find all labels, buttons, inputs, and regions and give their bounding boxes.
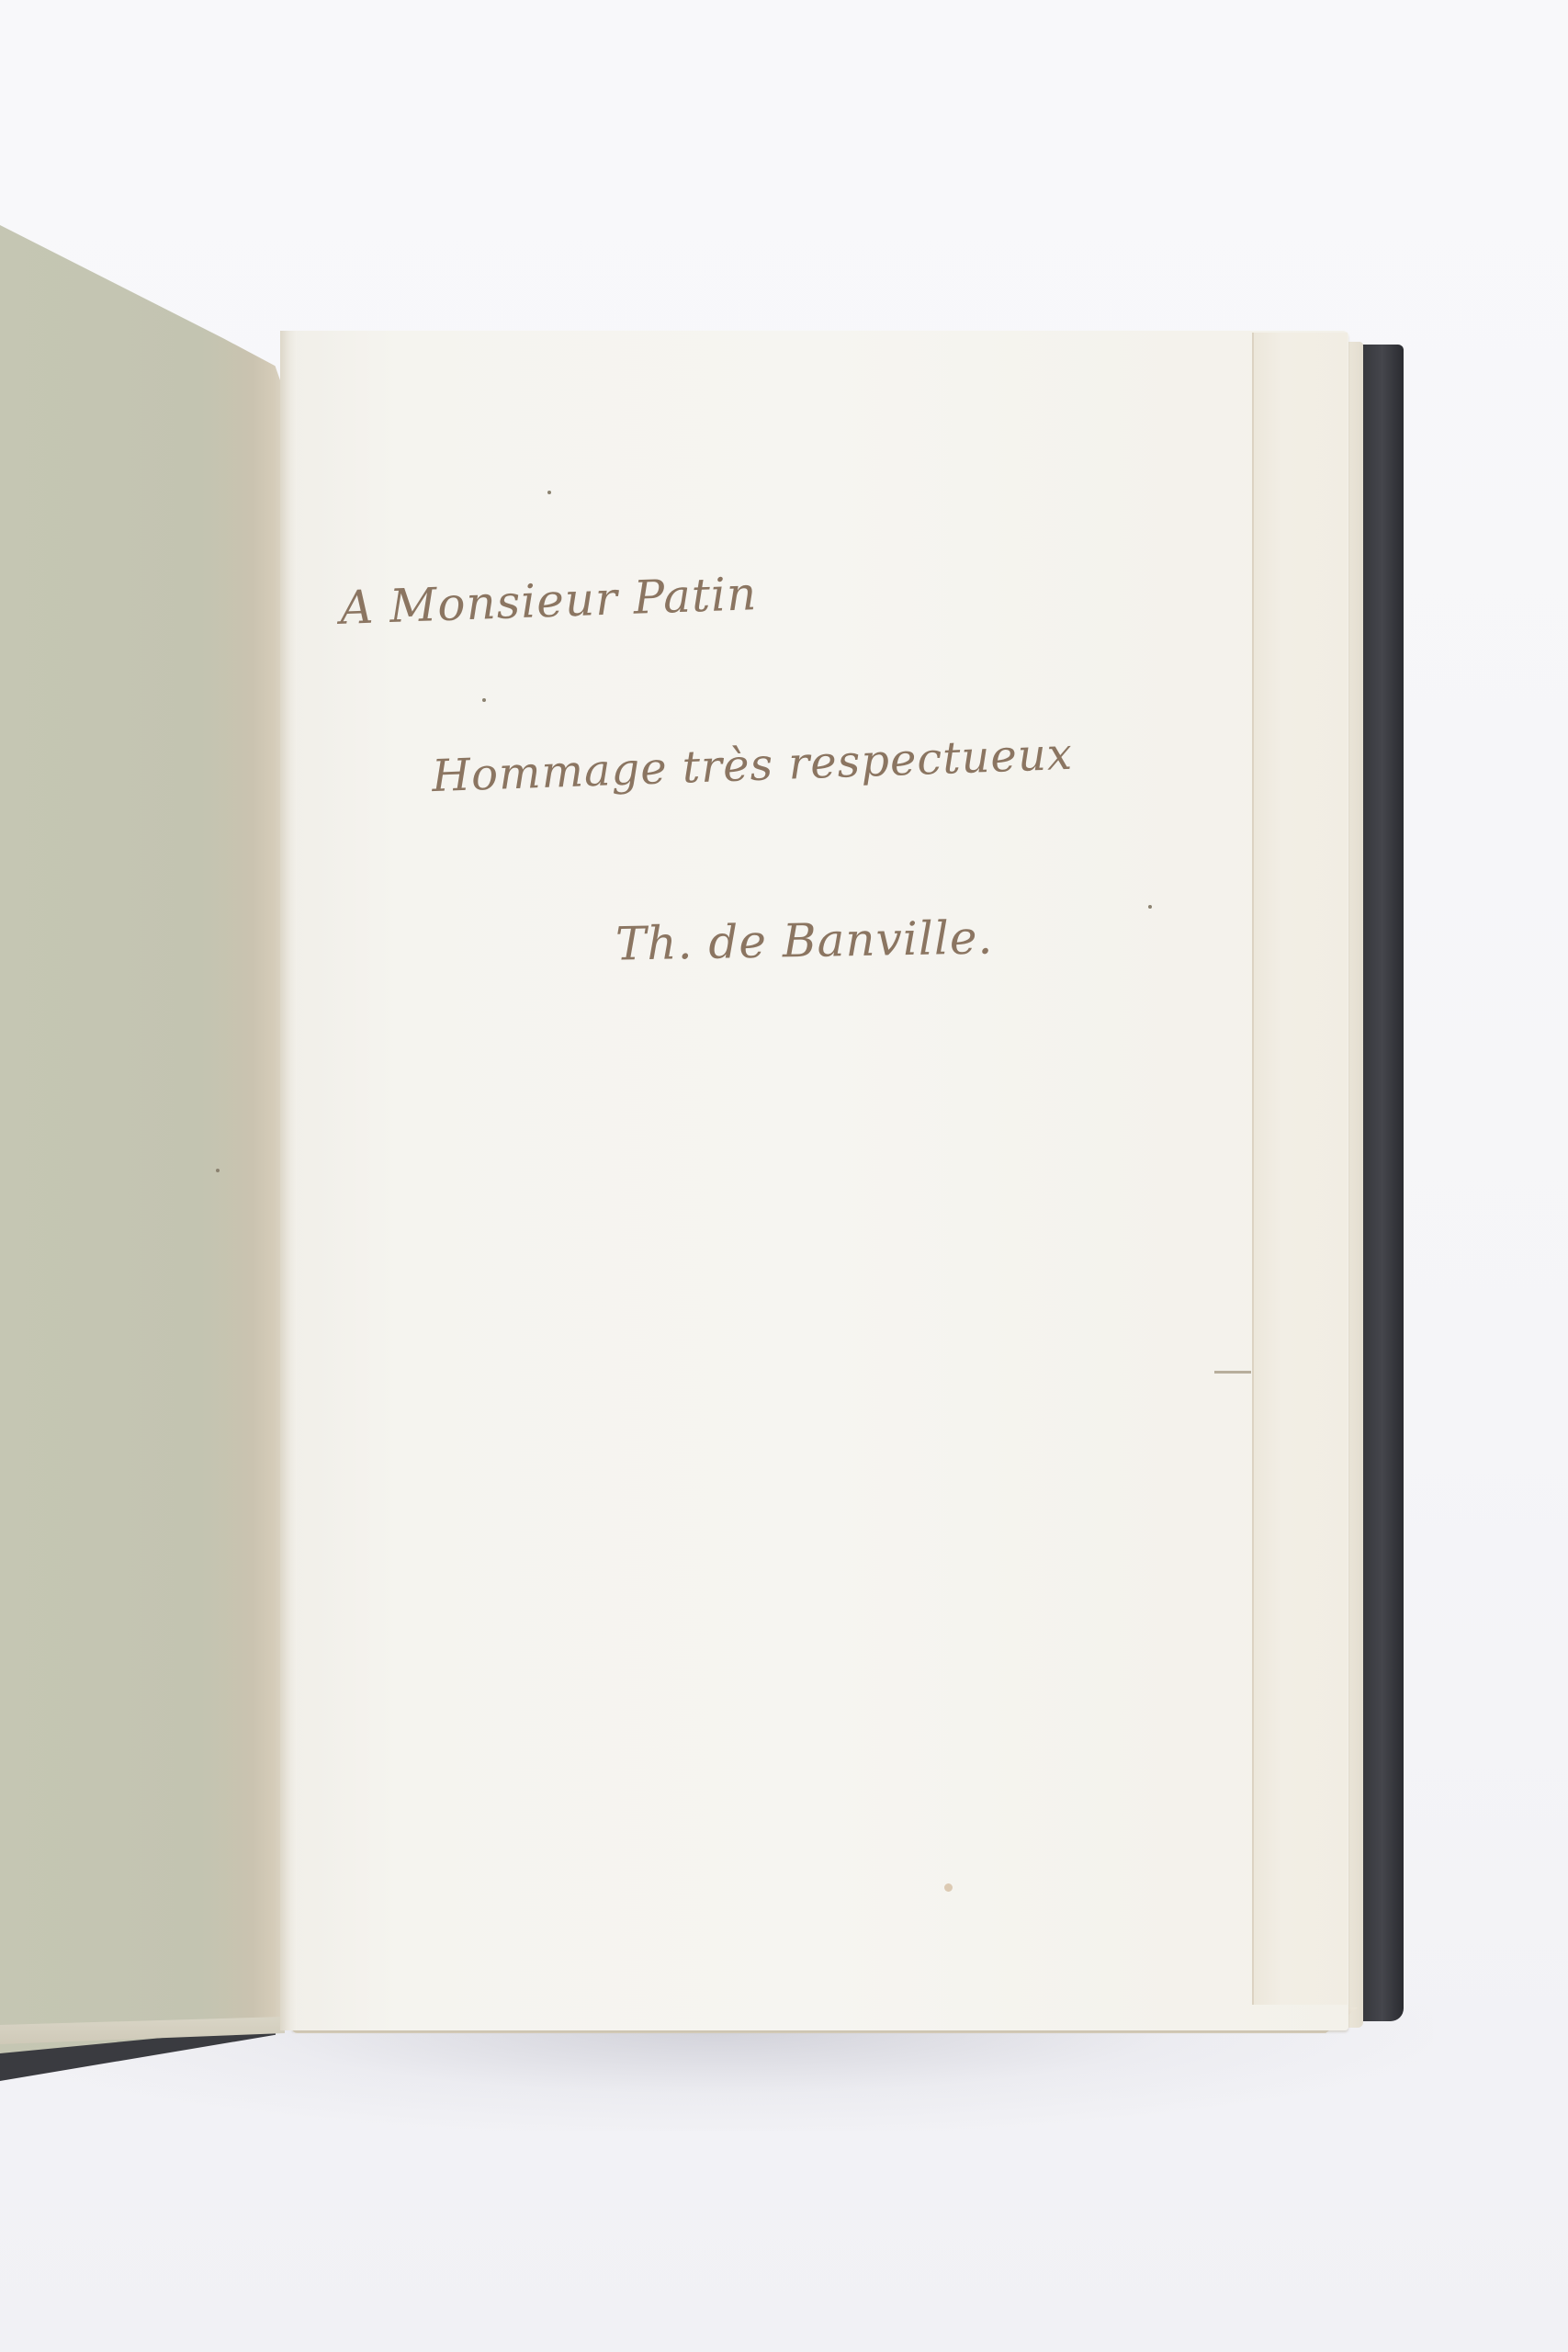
left-endpaper	[0, 225, 287, 2053]
book-gutter	[280, 331, 297, 2030]
foxing-spot	[944, 1883, 953, 1892]
page-fold-strip	[1252, 333, 1348, 2005]
ink-speck	[482, 698, 486, 702]
ink-speck	[1148, 905, 1152, 909]
page-nick-mark	[1214, 1371, 1251, 1374]
ink-speck	[547, 491, 551, 494]
inscription-signature: Th. de Banville.	[615, 910, 994, 970]
ink-speck	[216, 1169, 220, 1172]
